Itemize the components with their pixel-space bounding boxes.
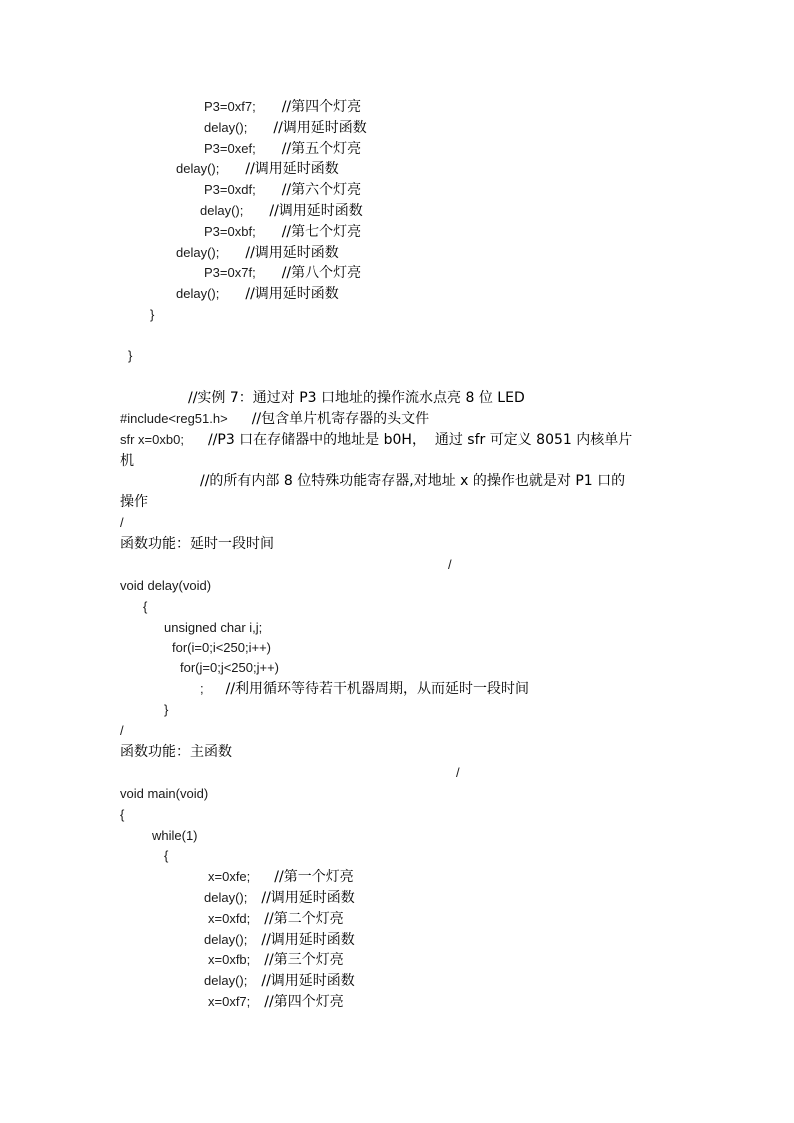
text-line: 函数功能：主函数 (120, 743, 232, 761)
code-text: } (128, 348, 132, 363)
code-text: { (143, 599, 147, 614)
code-text: delay(); (200, 203, 243, 218)
text-line: / (120, 722, 124, 740)
text-line: P3=0x7f;//第八个灯亮 (204, 264, 361, 282)
text-line: / (120, 514, 124, 532)
code-text: } (150, 307, 154, 322)
code-text: delay(); (204, 120, 247, 135)
code-text: { (120, 807, 124, 822)
text-line: 机 (120, 452, 134, 470)
code-text: sfr x=0xb0; (120, 432, 184, 447)
text-line: 函数功能：延时一段时间 (120, 535, 274, 553)
text-line: } (128, 347, 132, 365)
text-line: delay();//调用延时函数 (204, 119, 367, 137)
text-line: P3=0xef;//第五个灯亮 (204, 140, 361, 158)
text-line: void main(void) (120, 785, 208, 803)
code-text: x=0xf7; (208, 994, 250, 1009)
comment-text: //第七个灯亮 (282, 224, 361, 240)
code-text: delay(); (176, 161, 219, 176)
text-line: { (143, 598, 147, 616)
comment-text: //调用延时函数 (261, 890, 354, 906)
text-line: x=0xfd;//第二个灯亮 (208, 910, 344, 928)
code-text: ; (200, 681, 204, 696)
comment-text: //调用延时函数 (269, 203, 362, 219)
text-line: delay();//调用延时函数 (176, 160, 339, 178)
text-line: x=0xfe;//第一个灯亮 (208, 868, 354, 886)
text-line: delay();//调用延时函数 (176, 285, 339, 303)
code-text: P3=0xbf; (204, 224, 256, 239)
text-line: unsigned char i,j; (164, 619, 262, 637)
text-line: sfr x=0xb0;//P3 口在存储器中的地址是 b0H， 通过 sfr 可… (120, 431, 632, 449)
text-line: ;//利用循环等待若干机器周期，从而延时一段时间 (200, 680, 529, 698)
text-line: x=0xfb;//第三个灯亮 (208, 951, 344, 969)
heading-text: 操作 (120, 494, 148, 510)
heading-text: 机 (120, 453, 134, 469)
comment-text: //第二个灯亮 (264, 911, 343, 927)
document-page: P3=0xf7;//第四个灯亮delay();//调用延时函数P3=0xef;/… (0, 0, 794, 1123)
code-text: delay(); (176, 245, 219, 260)
text-line: //实例 7：通过对 P3 口地址的操作流水点亮 8 位 LED (188, 389, 525, 407)
comment-text: //实例 7：通过对 P3 口地址的操作流水点亮 8 位 LED (188, 390, 525, 406)
code-text: / (456, 765, 460, 780)
comment-text: //第六个灯亮 (282, 182, 361, 198)
text-line: / (448, 556, 452, 574)
text-line: for(j=0;j<250;j++) (180, 659, 279, 677)
text-line: P3=0xdf;//第六个灯亮 (204, 181, 361, 199)
text-line: //的所有内部 8 位特殊功能寄存器,对地址 x 的操作也就是对 P1 口的 (200, 472, 625, 490)
text-line: void delay(void) (120, 577, 211, 595)
text-line: delay();//调用延时函数 (176, 244, 339, 262)
text-line: { (120, 806, 124, 824)
text-line: 操作 (120, 493, 148, 511)
comment-text: //调用延时函数 (261, 973, 354, 989)
text-line: x=0xf7;//第四个灯亮 (208, 993, 344, 1011)
comment-text: //调用延时函数 (273, 120, 366, 136)
code-text: delay(); (204, 890, 247, 905)
text-line: while(1) (152, 827, 198, 845)
code-text: x=0xfb; (208, 952, 250, 967)
code-text: { (164, 848, 168, 863)
text-line: / (456, 764, 460, 782)
code-text: / (448, 557, 452, 572)
text-line: } (150, 306, 154, 324)
text-line: for(i=0;i<250;i++) (172, 639, 271, 657)
code-text: for(i=0;i<250;i++) (172, 640, 271, 655)
code-text: P3=0xdf; (204, 182, 256, 197)
code-text: x=0xfd; (208, 911, 250, 926)
text-line: P3=0xf7;//第四个灯亮 (204, 98, 361, 116)
code-text: x=0xfe; (208, 869, 250, 884)
heading-text: 函数功能：主函数 (120, 744, 232, 760)
code-text: while(1) (152, 828, 198, 843)
code-text: void main(void) (120, 786, 208, 801)
text-line: #include<reg51.h>//包含单片机寄存器的头文件 (120, 410, 429, 428)
comment-text: //第三个灯亮 (264, 952, 343, 968)
comment-text: //利用循环等待若干机器周期，从而延时一段时间 (226, 681, 529, 697)
heading-text: 函数功能：延时一段时间 (120, 536, 274, 552)
code-text: delay(); (204, 973, 247, 988)
comment-text: //第八个灯亮 (282, 265, 361, 281)
comment-text: //第四个灯亮 (264, 994, 343, 1010)
code-text: } (164, 702, 168, 717)
code-text: unsigned char i,j; (164, 620, 262, 635)
comment-text: //P3 口在存储器中的地址是 b0H， 通过 sfr 可定义 8051 内核单… (208, 432, 632, 448)
code-text: delay(); (204, 932, 247, 947)
text-line: delay();//调用延时函数 (200, 202, 363, 220)
comment-text: //调用延时函数 (261, 932, 354, 948)
text-line: } (164, 701, 168, 719)
text-line: P3=0xbf;//第七个灯亮 (204, 223, 361, 241)
text-line: { (164, 847, 168, 865)
comment-text: //第一个灯亮 (274, 869, 353, 885)
comment-text: //调用延时函数 (245, 161, 338, 177)
code-text: void delay(void) (120, 578, 211, 593)
code-text: / (120, 515, 124, 530)
comment-text: //的所有内部 8 位特殊功能寄存器,对地址 x 的操作也就是对 P1 口的 (200, 473, 625, 489)
code-text: delay(); (176, 286, 219, 301)
code-text: P3=0x7f; (204, 265, 256, 280)
comment-text: //调用延时函数 (245, 286, 338, 302)
code-text: #include<reg51.h> (120, 411, 228, 426)
comment-text: //第五个灯亮 (282, 141, 361, 157)
comment-text: //第四个灯亮 (282, 99, 361, 115)
comment-text: //包含单片机寄存器的头文件 (252, 411, 429, 427)
code-text: for(j=0;j<250;j++) (180, 660, 279, 675)
text-line: delay();//调用延时函数 (204, 931, 355, 949)
code-text: / (120, 723, 124, 738)
comment-text: //调用延时函数 (245, 245, 338, 261)
text-line: delay();//调用延时函数 (204, 972, 355, 990)
text-line: delay();//调用延时函数 (204, 889, 355, 907)
code-text: P3=0xf7; (204, 99, 256, 114)
code-text: P3=0xef; (204, 141, 256, 156)
